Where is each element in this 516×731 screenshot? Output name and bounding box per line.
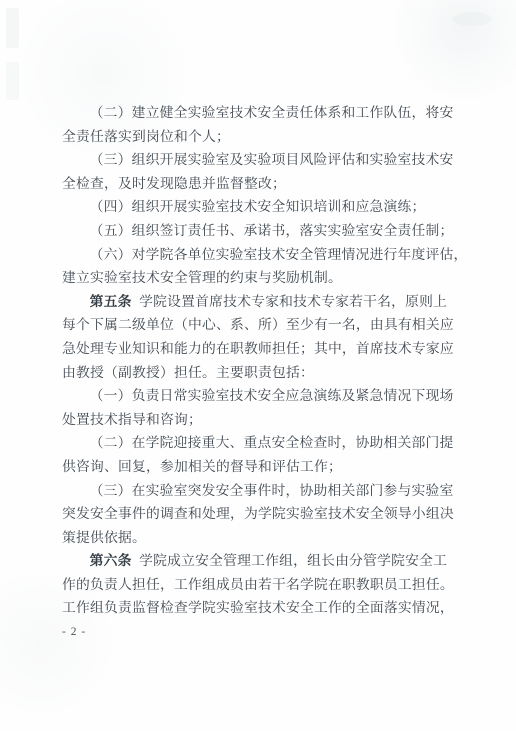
- body-line-text: 作的负责人担任，工作组成员由若干名学院在职教职员工担任。: [62, 577, 454, 592]
- body-line-text: （二）在学院迎接重大、重点安全检查时，协助相关部门提: [90, 435, 454, 450]
- clause-term: 第五条: [90, 294, 132, 309]
- body-line-text: 工作组负责监督检查学院实验室技术安全工作的全面落实情况，: [62, 600, 454, 615]
- body-line: （三）组织开展实验室及实验项目风险评估和实验室技术安: [62, 148, 458, 172]
- scan-smudge: [452, 12, 492, 26]
- body-line: 工作组负责监督检查学院实验室技术安全工作的全面落实情况，: [62, 596, 458, 620]
- body-line-text: 学院设置首席技术专家和技术专家若干名，原则上: [139, 294, 447, 309]
- body-line: （六）对学院各单位实验室技术安全管理情况进行年度评估，: [62, 243, 458, 267]
- body-line-text: 策提供依据。: [62, 530, 146, 545]
- body-line: 每个下属二级单位（中心、系、所）至少有一名，由具有相关应: [62, 313, 458, 337]
- body-line-text: 建立实验室技术安全管理的约束与奖励机制。: [62, 270, 342, 285]
- body-line: 第五条学院设置首席技术专家和技术专家若干名，原则上: [62, 290, 458, 314]
- body-line: 全责任落实到岗位和个人；: [62, 125, 458, 149]
- body-line-text: 全责任落实到岗位和个人；: [62, 129, 230, 144]
- body-line: （一）负责日常实验室技术安全应急演练及紧急情况下现场: [62, 384, 458, 408]
- body-line: 第六条学院成立安全管理工作组，组长由分管学院安全工: [62, 549, 458, 573]
- page-number: - 2 -: [62, 626, 86, 638]
- body-line-text: （三）组织开展实验室及实验项目风险评估和实验室技术安: [90, 152, 454, 167]
- body-line: 供咨询、回复，参加相关的督导和评估工作；: [62, 455, 458, 479]
- body-line: 处置技术指导和咨询；: [62, 408, 458, 432]
- body-line: 由教授（副教授）担任。主要职责包括：: [62, 361, 458, 385]
- body-line-text: 供咨询、回复，参加相关的督导和评估工作；: [62, 459, 342, 474]
- body-line-text: 处置技术指导和咨询；: [62, 412, 202, 427]
- document-page: （二）建立健全实验室技术安全责任体系和工作队伍，将安 全责任落实到岗位和个人； …: [0, 0, 516, 731]
- body-line: （二）建立健全实验室技术安全责任体系和工作队伍，将安: [62, 101, 458, 125]
- body-line: （三）在实验室突发安全事件时，协助相关部门参与实验室: [62, 479, 458, 503]
- body-line-text: （一）负责日常实验室技术安全应急演练及紧急情况下现场: [90, 388, 454, 403]
- body-line-text: 由教授（副教授）担任。主要职责包括：: [62, 365, 314, 380]
- body-line: 策提供依据。: [62, 526, 458, 550]
- body-line-text: （四）组织开展实验室技术安全知识培训和应急演练；: [90, 199, 426, 214]
- body-line-text: （二）建立健全实验室技术安全责任体系和工作队伍，将安: [90, 105, 454, 120]
- body-line: （五）组织签订责任书、承诺书，落实实验室安全责任制；: [62, 219, 458, 243]
- body-line-text: （三）在实验室突发安全事件时，协助相关部门参与实验室: [90, 483, 454, 498]
- body-line: （四）组织开展实验室技术安全知识培训和应急演练；: [62, 195, 458, 219]
- body-line: 急处理专业知识和能力的在职教师担任；其中，首席技术专家应: [62, 337, 458, 361]
- body-line-text: 全检查，及时发现隐患并监督整改；: [62, 176, 286, 191]
- scan-smudge: [6, 8, 19, 48]
- document-body: （二）建立健全实验室技术安全责任体系和工作队伍，将安 全责任落实到岗位和个人； …: [62, 101, 458, 620]
- body-line: （二）在学院迎接重大、重点安全检查时，协助相关部门提: [62, 431, 458, 455]
- body-line-text: 每个下属二级单位（中心、系、所）至少有一名，由具有相关应: [62, 317, 454, 332]
- body-line-text: 突发安全事件的调查和处理，为学院实验室技术安全领导小组决: [62, 506, 454, 521]
- body-line-text: （五）组织签订责任书、承诺书，落实实验室安全责任制；: [90, 223, 454, 238]
- body-line-text: 急处理专业知识和能力的在职教师担任；其中，首席技术专家应: [62, 341, 454, 356]
- body-line: 作的负责人担任，工作组成员由若干名学院在职教职员工担任。: [62, 573, 458, 597]
- body-line: 建立实验室技术安全管理的约束与奖励机制。: [62, 266, 458, 290]
- scan-smudge: [6, 62, 19, 100]
- body-line: 突发安全事件的调查和处理，为学院实验室技术安全领导小组决: [62, 502, 458, 526]
- clause-term: 第六条: [90, 553, 132, 568]
- body-line-text: 学院成立安全管理工作组，组长由分管学院安全工: [139, 553, 447, 568]
- body-line-text: （六）对学院各单位实验室技术安全管理情况进行年度评估，: [90, 247, 468, 262]
- body-line: 全检查，及时发现隐患并监督整改；: [62, 172, 458, 196]
